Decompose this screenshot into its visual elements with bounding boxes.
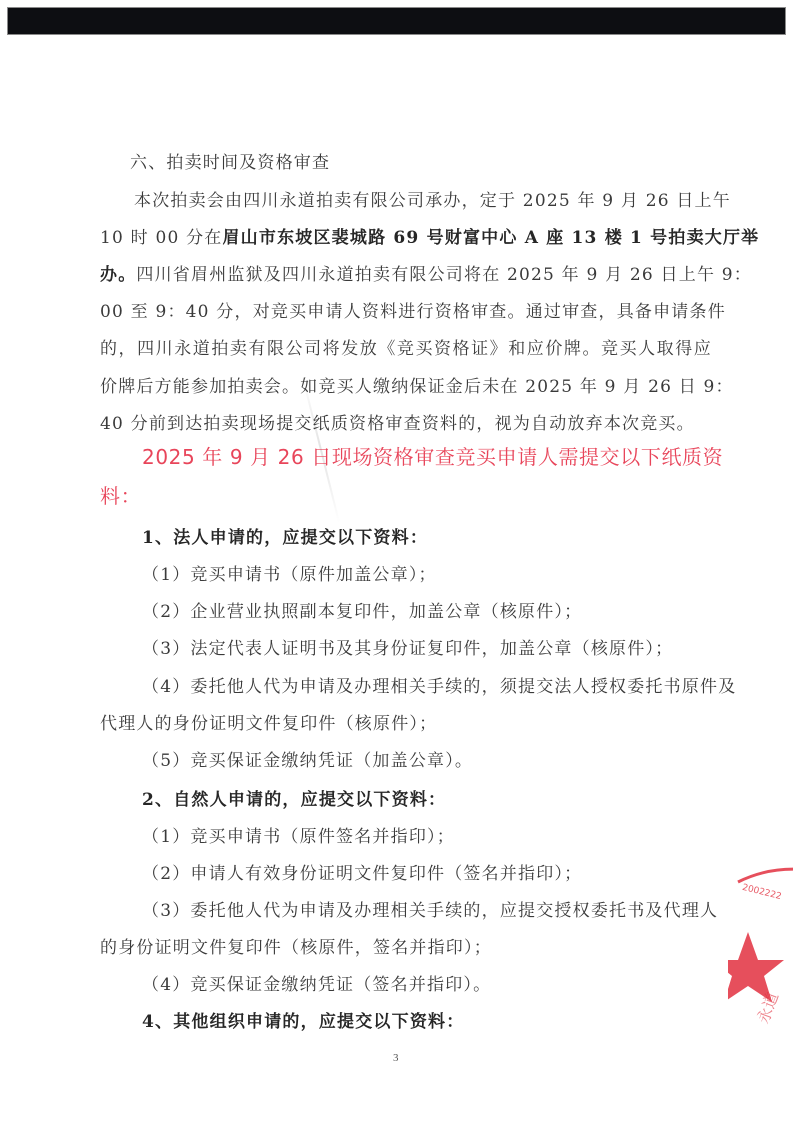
redaction-bar bbox=[7, 7, 786, 35]
page-number: 3 bbox=[393, 1052, 399, 1064]
red-notice-line-1: 2025 年 9 月 26 日现场资格审查竞买申请人需提交以下纸质资 bbox=[142, 446, 718, 468]
legal-person-item-3: （3）法定代表人证明书及其身份证复印件，加盖公章（核原件）； bbox=[142, 638, 673, 660]
paragraph-line-3-bold: 办。 bbox=[100, 265, 136, 285]
paragraph-line-6: 价牌后方能参加拍卖会。如竞买人缴纳保证金后未在 2025 年 9 月 26 日 … bbox=[100, 376, 712, 398]
natural-person-item-4: （4）竞买保证金缴纳凭证（签名并指印）。 bbox=[142, 974, 491, 996]
section-heading: 六、拍卖时间及资格审查 bbox=[130, 152, 330, 174]
legal-person-item-1: （1）竞买申请书（原件加盖公章）； bbox=[142, 564, 437, 586]
legal-person-item-4-cont: 代理人的身份证明文件复印件（核原件）； bbox=[100, 713, 437, 735]
auction-venue-address: 眉山市东坡区裴城路 69 号财富中心 A 座 13 楼 1 号拍卖大厅举 bbox=[222, 228, 759, 248]
svg-text:2002222: 2002222 bbox=[741, 883, 782, 902]
paragraph-line-3-suffix: 四川省眉州监狱及四川永道拍卖有限公司将在 2025 年 9 月 26 日上午 9… bbox=[136, 265, 752, 285]
paragraph-line-7: 40 分前到达拍卖现场提交纸质资格审查资料的，视为自动放弃本次竞买。 bbox=[100, 413, 695, 435]
group-title-other-organization: 4、其他组织申请的，应提交以下资料： bbox=[142, 1011, 464, 1033]
natural-person-item-2: （2）申请人有效身份证明文件复印件（签名并指印）； bbox=[142, 863, 582, 885]
svg-text:永道: 永道 bbox=[753, 990, 782, 1027]
group-title-natural-person: 2、自然人申请的，应提交以下资料： bbox=[142, 789, 446, 811]
legal-person-item-5: （5）竞买保证金缴纳凭证（加盖公章）。 bbox=[142, 750, 473, 772]
paragraph-line-2-prefix: 10 时 00 分在 bbox=[100, 228, 222, 248]
natural-person-item-3-cont: 的身份证明文件复印件（核原件，签名并指印）； bbox=[100, 937, 492, 959]
paragraph-line-5: 的，四川永道拍卖有限公司将发放《竞买资格证》和应价牌。竞买人取得应 bbox=[100, 338, 712, 360]
natural-person-item-3: （3）委托他人代为申请及办理相关手续的，应提交授权委托书及代理人 bbox=[142, 900, 712, 922]
legal-person-item-2: （2）企业营业执照副本复印件，加盖公章（核原件）； bbox=[142, 601, 582, 623]
natural-person-item-1: （1）竞买申请书（原件签名并指印）； bbox=[142, 826, 455, 848]
paragraph-line-1: 本次拍卖会由四川永道拍卖有限公司承办，定于 2025 年 9 月 26 日上午 bbox=[134, 190, 712, 212]
legal-person-item-4: （4）委托他人代为申请及办理相关手续的，须提交法人授权委托书原件及 bbox=[142, 676, 712, 698]
seal-star-icon bbox=[728, 932, 784, 1002]
paragraph-line-3: 办。四川省眉州监狱及四川永道拍卖有限公司将在 2025 年 9 月 26 日上午… bbox=[100, 264, 712, 286]
paragraph-line-4: 00 至 9：40 分，对竞买申请人资料进行资格审查。通过审查，具备申请条件 bbox=[100, 301, 712, 323]
group-title-legal-person: 1、法人申请的，应提交以下资料： bbox=[142, 527, 428, 549]
company-seal-stamp: 2002222 永道 bbox=[728, 852, 793, 1042]
red-notice-line-2: 料： bbox=[100, 485, 141, 507]
paragraph-line-2: 10 时 00 分在眉山市东坡区裴城路 69 号财富中心 A 座 13 楼 1 … bbox=[100, 227, 712, 249]
